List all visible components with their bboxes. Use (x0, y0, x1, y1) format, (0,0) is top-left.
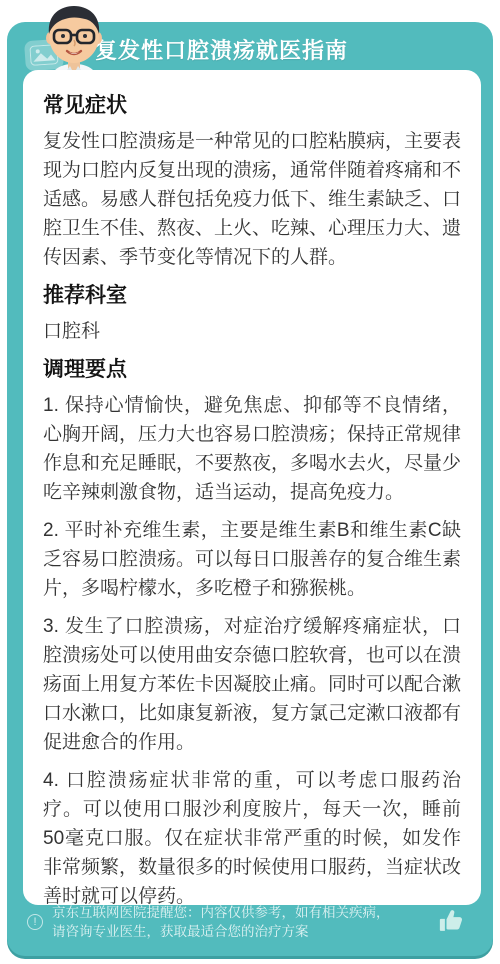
section-common-symptoms: 常见症状 复发性口腔溃疡是一种常见的口腔粘膜病，主要表现为口腔内反复出现的溃疡，… (43, 91, 461, 272)
doctor-avatar (25, 4, 111, 70)
guide-panel: 复发性口腔溃疡就医指南 (7, 22, 493, 956)
disclaimer-text: 京东互联网医院提醒您：内容仅供参考，如有相关疾病，请咨询专业医生，获取最适合您的… (52, 903, 402, 941)
section-care-points: 调理要点 1. 保持心情愉快，避免焦虑、抑郁等不良情绪，心胸开阔，压力大也容易口… (43, 355, 461, 905)
health-guide-page: { "header": { "title": "复发性口腔溃疡就医指南" }, … (0, 0, 500, 964)
thumbs-up-icon (438, 923, 466, 938)
thumbs-up-button[interactable] (437, 907, 467, 937)
care-point-4: 4. 口腔溃疡症状非常的重，可以考虑口服药治疗。可以使用口服沙利度胺片，每天一次… (43, 766, 461, 905)
guide-content-card: 常见症状 复发性口腔溃疡是一种常见的口腔粘膜病，主要表现为口腔内反复出现的溃疡，… (23, 70, 481, 905)
section-recommended-department: 推荐科室 口腔科 (43, 281, 461, 346)
info-icon: ! (27, 914, 43, 930)
care-point-2: 2. 平时补充维生素，主要是维生素B和维生素C缺乏容易口腔溃疡。可以每日口服善存… (43, 516, 461, 603)
care-point-3: 3. 发生了口腔溃疡，对症治疗缓解疼痛症状，口腔溃疡处可以使用曲安奈德口腔软膏，… (43, 612, 461, 757)
page-title: 复发性口腔溃疡就医指南 (95, 34, 348, 65)
section-heading: 调理要点 (43, 355, 461, 385)
disclaimer-footer: ! 京东互联网医院提醒您：内容仅供参考，如有相关疾病，请咨询专业医生，获取最适合… (27, 898, 479, 946)
section-heading: 常见症状 (43, 91, 461, 121)
section-paragraph: 口腔科 (43, 317, 461, 346)
section-heading: 推荐科室 (43, 281, 461, 311)
section-paragraph: 复发性口腔溃疡是一种常见的口腔粘膜病，主要表现为口腔内反复出现的溃疡，通常伴随着… (43, 127, 461, 272)
care-point-1: 1. 保持心情愉快，避免焦虑、抑郁等不良情绪，心胸开阔，压力大也容易口腔溃疡；保… (43, 391, 461, 507)
